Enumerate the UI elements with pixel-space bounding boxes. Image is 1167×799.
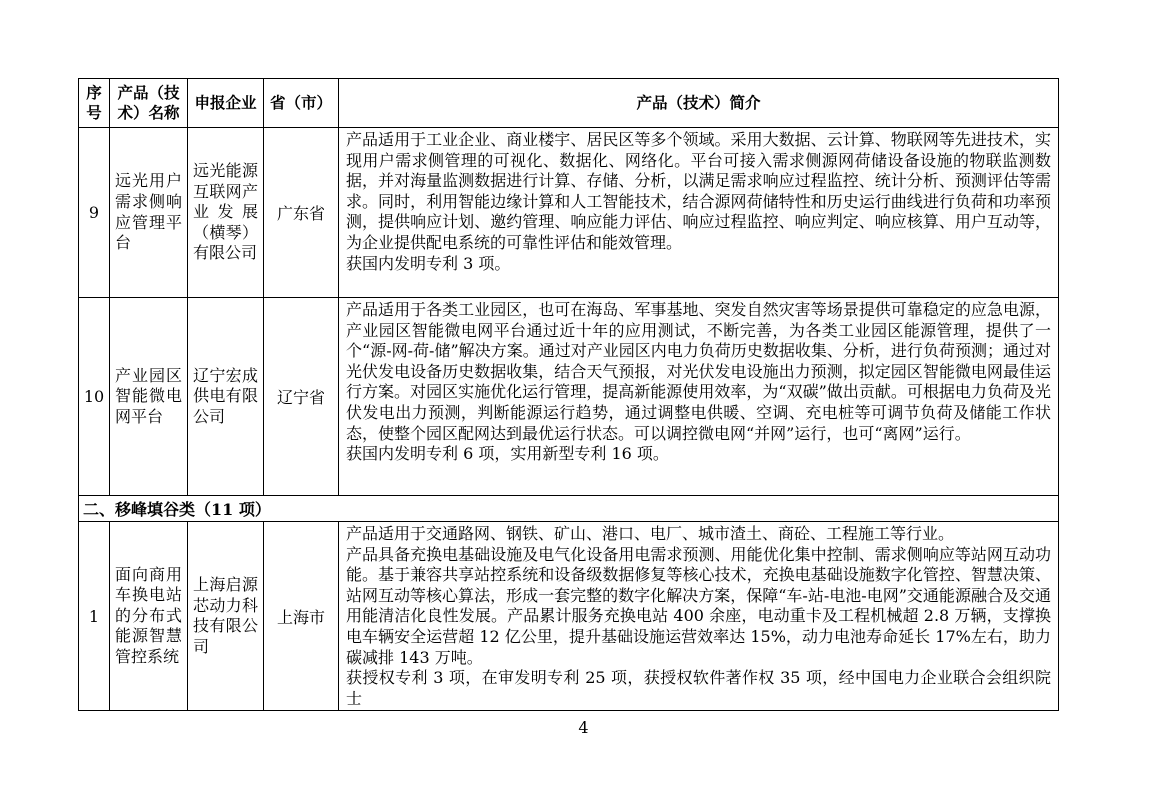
intro-paragraph: 获国内发明专利 6 项，实用新型专利 16 项。 — [346, 444, 1051, 465]
province-cell: 广东省 — [264, 128, 339, 298]
row-index: 1 — [79, 522, 110, 711]
section-header-row: 二、移峰填谷类（11 项） — [79, 496, 1059, 522]
table-row: 1 面向商用车换电站的分布式能源智慧管控系统 上海启源芯动力科技有限公司 上海市… — [79, 522, 1059, 711]
intro-paragraph: 获授权专利 3 项，在审发明专利 25 项，获授权软件著作权 35 项，经中国电… — [346, 668, 1051, 709]
header-cell-index: 序号 — [79, 79, 110, 128]
section-header-label: 二、移峰填谷类（11 项） — [79, 496, 1059, 522]
company-cell: 远光能源互联网产业发展（横琴）有限公司 — [188, 128, 264, 298]
table-row: 10 产业园区智能微电网平台 辽宁宏成供电有限公司 辽宁省 产品适用于各类工业园… — [79, 298, 1059, 496]
row-index: 10 — [79, 298, 110, 496]
intro-cell: 产品适用于各类工业园区，也可在海岛、军事基地、突发自然灾害等场景提供可靠稳定的应… — [339, 298, 1059, 496]
company-cell: 上海启源芯动力科技有限公司 — [188, 522, 264, 711]
intro-paragraph: 产品适用于交通路网、钢铁、矿山、港口、电厂、城市渣土、商砼、工程施工等行业。 — [346, 524, 1051, 545]
table-row: 9 远光用户需求侧响应管理平台 远光能源互联网产业发展（横琴）有限公司 广东省 … — [79, 128, 1059, 298]
company-cell: 辽宁宏成供电有限公司 — [188, 298, 264, 496]
intro-paragraph: 产品适用于各类工业园区，也可在海岛、军事基地、突发自然灾害等场景提供可靠稳定的应… — [346, 300, 1051, 444]
intro-paragraph: 产品适用于工业企业、商业楼宇、居民区等多个领域。采用大数据、云计算、物联网等先进… — [346, 130, 1051, 254]
product-table: 序号 产品（技术）名称 申报企业 省（市） 产品（技术）简介 9 远光用户需求侧… — [78, 78, 1059, 711]
header-cell-name: 产品（技术）名称 — [110, 79, 188, 128]
province-cell: 辽宁省 — [264, 298, 339, 496]
row-index: 9 — [79, 128, 110, 298]
product-name-cell: 面向商用车换电站的分布式能源智慧管控系统 — [110, 522, 188, 711]
intro-paragraph: 获国内发明专利 3 项。 — [346, 254, 1051, 275]
intro-cell: 产品适用于工业企业、商业楼宇、居民区等多个领域。采用大数据、云计算、物联网等先进… — [339, 128, 1059, 298]
product-name-cell: 产业园区智能微电网平台 — [110, 298, 188, 496]
intro-cell: 产品适用于交通路网、钢铁、矿山、港口、电厂、城市渣土、商砼、工程施工等行业。 产… — [339, 522, 1059, 711]
document-page: 序号 产品（技术）名称 申报企业 省（市） 产品（技术）简介 9 远光用户需求侧… — [0, 0, 1167, 799]
province-cell: 上海市 — [264, 522, 339, 711]
header-cell-company: 申报企业 — [188, 79, 264, 128]
page-number: 4 — [0, 718, 1167, 737]
header-cell-intro: 产品（技术）简介 — [339, 79, 1059, 128]
product-name-cell: 远光用户需求侧响应管理平台 — [110, 128, 188, 298]
table-header-row: 序号 产品（技术）名称 申报企业 省（市） 产品（技术）简介 — [79, 79, 1059, 128]
intro-paragraph: 产品具备充换电基础设施及电气化设备用电需求预测、用能优化集中控制、需求侧响应等站… — [346, 545, 1051, 669]
header-cell-province: 省（市） — [264, 79, 339, 128]
